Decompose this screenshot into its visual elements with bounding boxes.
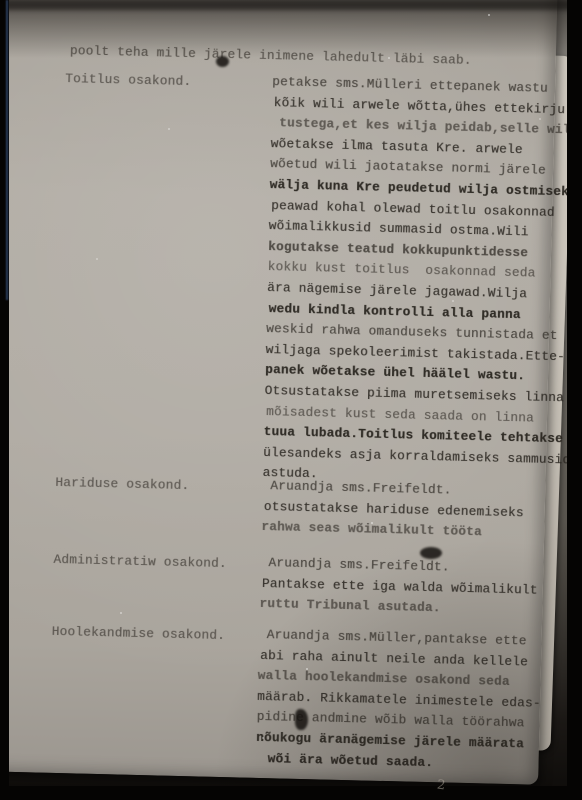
- section: Hoolekandmise osakond.Aruandja sms.Mülle…: [0, 618, 542, 776]
- film-edge-blue-line: [6, 0, 8, 300]
- section-lines: Aruandja sms.Freifeldt.Pantakse ette iga…: [259, 553, 543, 622]
- section-heading: Hariduse osakond.: [55, 473, 189, 497]
- photo-top-edge: [0, 0, 582, 10]
- ink-smudge: [216, 56, 229, 67]
- film-border-bottom: [0, 786, 582, 800]
- ink-smudge: [420, 547, 442, 559]
- film-border-right: [567, 0, 582, 800]
- section: Hariduse osakond.Aruandja sms.Freifeldt.…: [0, 469, 545, 545]
- film-negative-photo: poolt teha mille järele inimene lahedult…: [0, 0, 582, 800]
- typewritten-page: poolt teha mille järele inimene lahedult…: [0, 0, 558, 785]
- ink-smudge: [295, 709, 308, 730]
- section-lines: Aruandja sms.Freifeldt.otsustatakse hari…: [261, 476, 545, 545]
- section-heading: Toitlus osakond.: [65, 69, 192, 93]
- section-lines: petakse sms.Mülleri ettepanek wastukõik …: [262, 72, 555, 491]
- typed-text-layer: poolt teha mille järele inimene lahedult…: [0, 0, 558, 785]
- section: Administratiw osakond.Aruandja sms.Freif…: [0, 546, 544, 622]
- section: Toitlus osakond.petakse sms.Mülleri ette…: [0, 65, 555, 491]
- intro-line: poolt teha mille järele inimene lahedult…: [70, 41, 472, 71]
- section-lines: Aruandja sms.Müller,pantakse etteabi rah…: [255, 625, 541, 776]
- section-heading: Hoolekandmise osakond.: [51, 622, 225, 647]
- section-heading: Administratiw osakond.: [53, 550, 227, 575]
